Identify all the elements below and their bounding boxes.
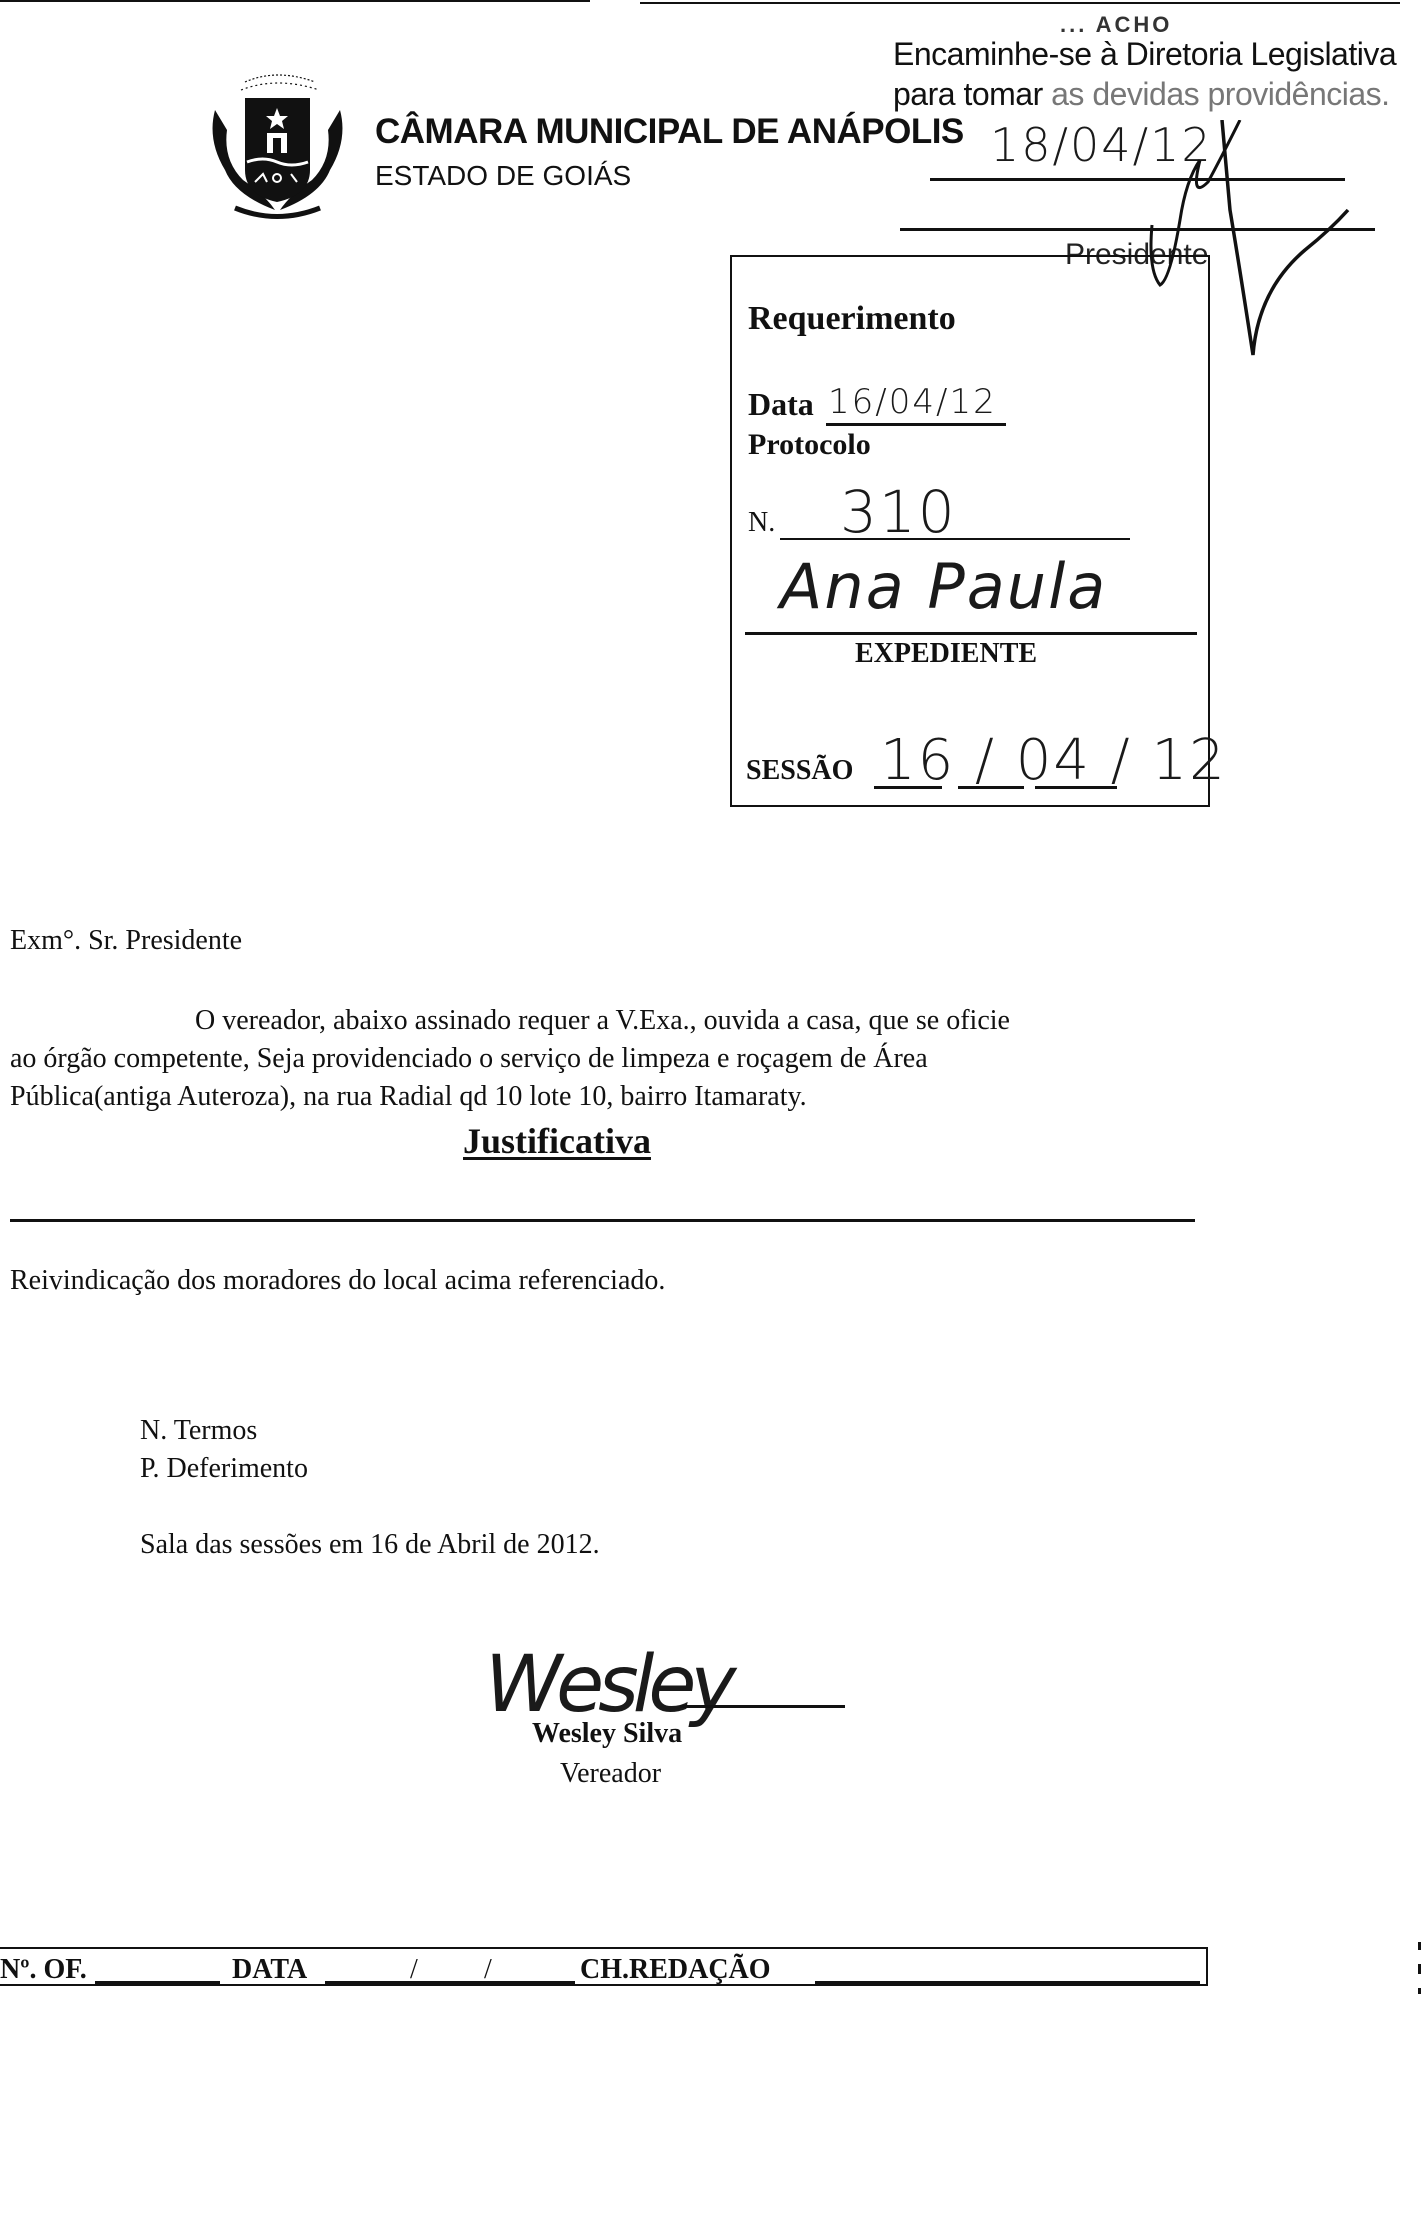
salutation: Exm°. Sr. Presidente [10, 922, 242, 960]
sessao-date-value: 16 / 04 / 12 [880, 728, 1227, 793]
protocol-date-label: Data [748, 386, 814, 423]
request-line: O vereador, abaixo assinado requer a V.E… [195, 1002, 1010, 1040]
closing-line: N. Termos [140, 1412, 257, 1450]
sessao-label: SESSÃO [746, 755, 853, 787]
municipal-coat-of-arms-icon [205, 70, 350, 222]
footer-chief-redacao-label: CH.REDAÇÃO [580, 1954, 771, 1986]
sessao-year-line [1035, 786, 1117, 789]
section-divider [10, 1219, 1195, 1222]
scan-edge-marks [1418, 1940, 1422, 2000]
protocol-number-line [780, 538, 1130, 540]
expediente-signature: Ana Paula [780, 550, 1107, 623]
justificativa-heading: Justificativa [463, 1120, 651, 1162]
signer-handwritten-signature: Wesley [485, 1640, 731, 1730]
footer-date-label: DATA [232, 1954, 307, 1986]
justificativa-text: Reivindicação dos moradores do local aci… [10, 1262, 665, 1300]
stamp-text-dark: para tomar [893, 76, 1051, 112]
protocol-date-line [826, 423, 1006, 426]
stamp-instruction-line-1: Encaminhe-se à Diretoria Legislativa [893, 36, 1396, 73]
sessao-month-line [958, 786, 1024, 789]
request-line: ao órgão competente, Seja providenciado … [10, 1040, 928, 1078]
organization-name: CÂMARA MUNICIPAL DE ANÁPOLIS [375, 112, 964, 152]
expediente-signature-line [745, 632, 1197, 635]
signer-name: Wesley Silva [532, 1718, 682, 1750]
protocol-date-value: 16/04/12 [828, 382, 997, 422]
footer-chief-redacao-line [815, 1981, 1200, 1984]
footer-office-number-line [95, 1981, 220, 1984]
footer-date-line [325, 1981, 575, 1984]
signer-role: Vereador [560, 1758, 661, 1790]
protocol-number-label: N. [748, 507, 775, 539]
closing-line: P. Deferimento [140, 1450, 308, 1488]
scan-edge-line [640, 2, 1400, 4]
organization-state: ESTADO DE GOIÁS [375, 160, 631, 192]
stamp-text-faded: as devidas providências. [1051, 76, 1389, 112]
footer-office-number-label: Nº. OF. [0, 1954, 87, 1986]
request-line: Pública(antiga Auteroza), na rua Radial … [10, 1078, 807, 1116]
expediente-label: EXPEDIENTE [855, 638, 1037, 670]
stamp-cut-text: ... ACHO [1060, 12, 1172, 38]
signature-line [680, 1705, 845, 1708]
protocol-number-value: 310 [840, 478, 957, 546]
protocolo-label: Protocolo [748, 428, 871, 462]
protocol-box-title: Requerimento [748, 300, 956, 338]
place-and-date: Sala das sessões em 16 de Abril de 2012. [140, 1526, 600, 1564]
scan-edge-line [0, 0, 590, 2]
stamp-instruction-line-2: para tomar as devidas providências. [893, 76, 1390, 113]
sessao-day-line [874, 786, 942, 789]
